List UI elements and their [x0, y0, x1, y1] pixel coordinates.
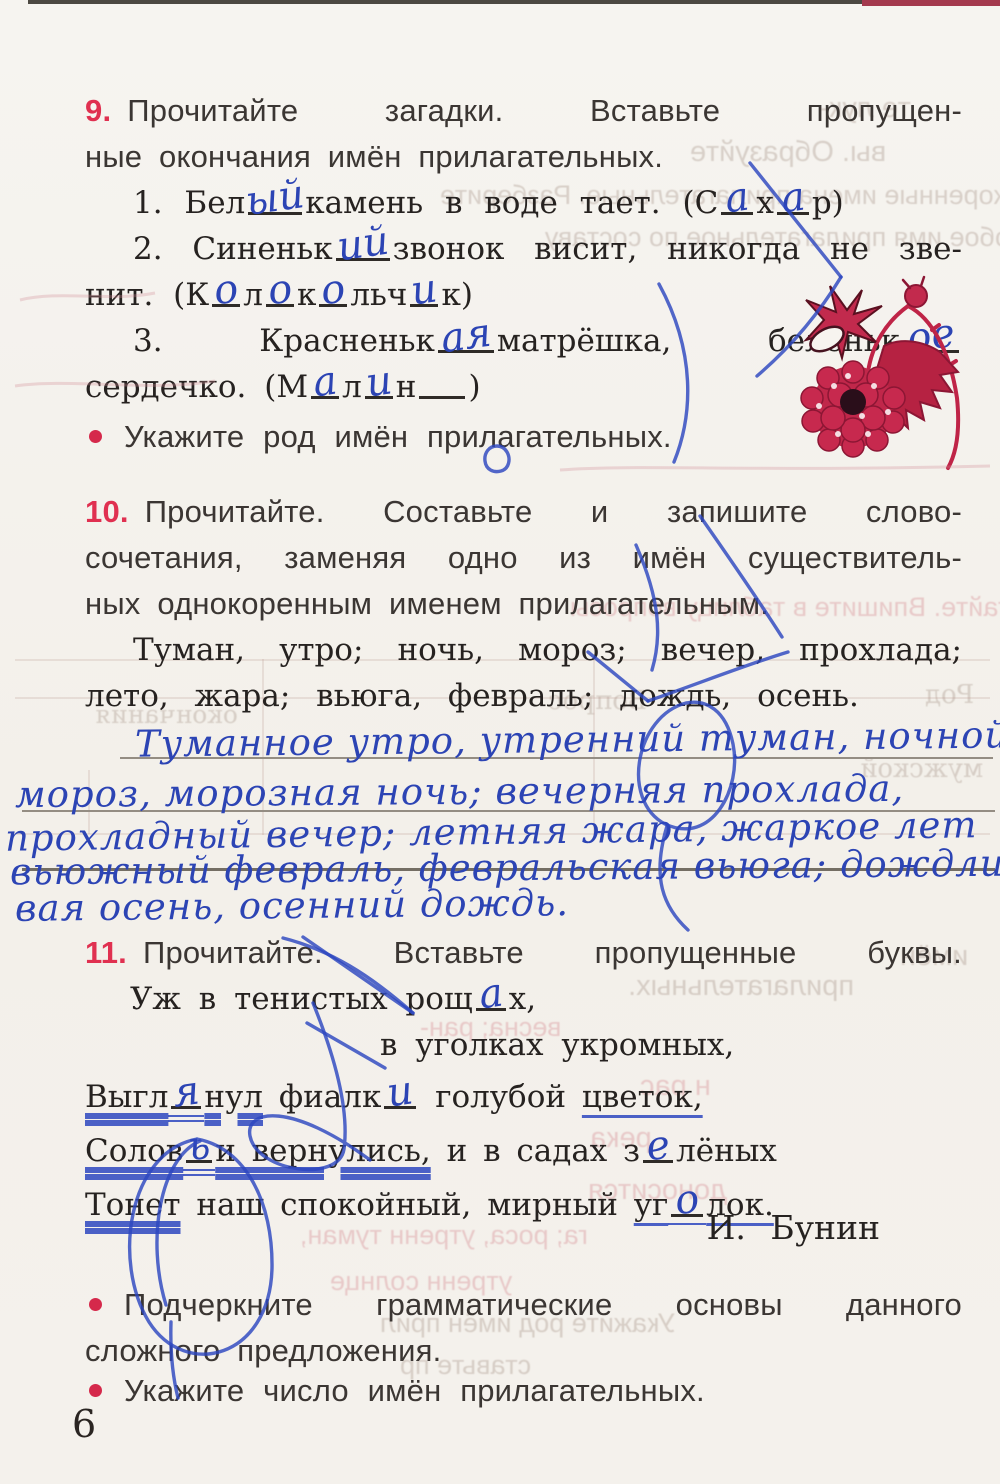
bullet-dot-icon	[89, 1384, 102, 1397]
exercise10-number: 10.	[85, 494, 145, 529]
handwritten-answer-letter: ий	[334, 221, 391, 268]
poem-author: И. Бунин	[85, 1208, 880, 1247]
exercise11-number: 11.	[85, 935, 143, 970]
exercise11-instruction: 11.Прочитайте. Вставьте пропущенные букв…	[85, 930, 962, 976]
handwriting-line1: Туманное утро, утренний туман, ночной	[135, 713, 1000, 765]
printed-text-token: )	[468, 369, 480, 405]
poem-line4: Соловьи вернулись, и в садах зелёных	[85, 1128, 962, 1174]
bullet-dot-icon	[89, 430, 102, 443]
riddle-2-line1: 2. Синенькийзвонок висит, никогда не зве…	[85, 226, 962, 272]
printed-text-token: х,	[509, 981, 536, 1017]
handwritten-answer-letter: о	[212, 269, 241, 312]
riddle-1: 1. Белыйкамень в воде тает. (Сахар)	[85, 180, 962, 226]
exercise10-instruction-line3: ных однокоренным именем прилагательным.	[85, 581, 962, 627]
printed-text-token: к	[297, 277, 316, 313]
exercise-11: 11.Прочитайте. Вставьте пропущенные букв…	[85, 930, 962, 1228]
poem-line1: Уж в тенистых рощах,	[85, 976, 962, 1022]
printed-text-token: к)	[441, 277, 472, 313]
workbook-page: те лук- вы. Образуйте однокоренные имена…	[0, 0, 1000, 1484]
blank-field: я	[171, 1076, 201, 1109]
printed-text-token: и в садах з	[431, 1133, 640, 1169]
printed-text-token: 3. Красненьк	[133, 323, 435, 359]
handwritten-answer-letter: и	[363, 360, 394, 403]
printed-text-token: льч	[350, 277, 407, 313]
handwritten-answer-letter: и	[409, 268, 440, 311]
blank-field: ий	[336, 228, 390, 261]
printed-text-token: нул	[204, 1079, 263, 1115]
handwritten-answer-letter: е	[644, 1125, 673, 1168]
printed-text-token: л	[342, 369, 362, 405]
blank-field: и	[410, 274, 438, 307]
printed-text-token: х	[756, 185, 773, 221]
handwritten-answer-letter: о	[265, 269, 294, 312]
exercise9-task-text: Укажите род имён прилагательных.	[124, 419, 672, 454]
exercise10-instruction-text: Прочитайте. Составьте и запишите слово-	[145, 494, 962, 529]
blank-field: е	[643, 1130, 673, 1163]
poem-line3: Выглянул фиалки голубой цветок,	[85, 1074, 962, 1120]
blank-field: о	[212, 274, 240, 307]
blank-field: о	[266, 274, 294, 307]
task-bullet1-text: Подчеркните грамматические основы данног…	[124, 1287, 962, 1322]
blank-field	[419, 366, 465, 399]
exercise9-instruction-line2: ные окончания имён прилагательных.	[85, 134, 962, 180]
printed-text-token: нит. (К	[85, 277, 209, 313]
task-bullet2: Укажите число имён прилагательных.	[85, 1368, 962, 1414]
exercise9-instruction-line1: 9.Прочитайте загадки. Вставьте пропущен-	[85, 88, 962, 134]
handwritten-answer-letter: ь	[186, 1125, 213, 1168]
poem-line2: в уголках укромных,	[85, 1022, 962, 1068]
page-top-edge	[28, 0, 1000, 4]
handwritten-answer-area: Туманное утро, утренний туман, ночной мо…	[0, 700, 1000, 935]
blank-field: а	[777, 182, 809, 215]
exercise-9: 9.Прочитайте загадки. Вставьте пропущен-…	[85, 88, 962, 460]
printed-text-token: в уголках укромных,	[380, 1027, 734, 1063]
printed-text-token: фиалк	[263, 1079, 381, 1115]
exercise10-instruction-line2: сочетания, заменяя одно из имён существи…	[85, 535, 962, 581]
printed-text-token: Выгл	[85, 1079, 168, 1115]
word-list-line1: Туман, утро; ночь, мороз; вечер, прохлад…	[85, 627, 962, 673]
blank-field: о	[319, 274, 347, 307]
printed-text-token: голубой	[419, 1079, 582, 1115]
riddle-3-line2: сердечко. (Малин)	[85, 364, 962, 410]
printed-text-token: л	[243, 277, 263, 313]
blank-field: ая	[438, 320, 494, 353]
exercise10-instruction-line1: 10.Прочитайте. Составьте и запишите слов…	[85, 489, 962, 535]
exercise11-tasks: Подчеркните грамматические основы данног…	[85, 1282, 962, 1414]
handwritten-answer-letter: а	[310, 361, 339, 404]
printed-text-token: камень в воде тает. (С	[305, 185, 718, 221]
blank-field: и	[365, 366, 393, 399]
blank-field: ое	[903, 320, 959, 353]
page-top-edge-red	[862, 0, 1000, 6]
printed-text-token: цветок,	[582, 1079, 703, 1115]
handwritten-answer-letter: а	[476, 973, 505, 1016]
handwritten-answer-letter: и	[385, 1070, 416, 1113]
exercise-10: 10.Прочитайте. Составьте и запишите слов…	[85, 489, 962, 719]
handwritten-answer-letter: а	[778, 177, 807, 220]
handwriting-line5: вая осень, осенний дождь.	[15, 881, 569, 930]
handwritten-answer-letter: я	[170, 1070, 202, 1113]
printed-text-token: матрёшка, беленьк	[497, 323, 900, 359]
bullet-dot-icon	[89, 1298, 102, 1311]
page-number: 6	[72, 1402, 96, 1446]
exercise9-instruction-text: Прочитайте загадки. Вставьте пропущен-	[127, 93, 962, 128]
exercise9-task-bullet: Укажите род имён прилагательных.	[85, 414, 962, 460]
task-bullet1-line1: Подчеркните грамматические основы данног…	[85, 1282, 962, 1328]
handwritten-answer-letter: ая	[438, 313, 493, 360]
printed-text-token: н	[396, 369, 417, 405]
printed-text-token: сердечко. (М	[85, 369, 308, 405]
blank-field: а	[476, 978, 506, 1011]
printed-text-token: 1. Бел	[133, 185, 245, 221]
riddle-2-line2: нит. (Колокольчик)	[85, 272, 962, 318]
exercise9-number: 9.	[85, 93, 127, 128]
printed-text-token: Солов	[85, 1133, 183, 1169]
handwritten-answer-letter: а	[723, 177, 752, 220]
blank-field: ь	[186, 1130, 212, 1163]
printed-text-token: лёных	[676, 1133, 777, 1169]
printed-text-token: звонок висит, никогда не зве-	[393, 231, 962, 267]
handwritten-answer-letter: ое	[905, 313, 958, 359]
printed-text-token: и вернулись,	[215, 1133, 431, 1169]
blank-field: а	[721, 182, 753, 215]
printed-text-token: р)	[812, 185, 844, 221]
printed-text-token: 2. Синеньк	[133, 231, 333, 267]
blank-field: и	[384, 1076, 416, 1109]
blank-field: ый	[248, 182, 302, 215]
riddle-3-line1: 3. Красненькаяматрёшка, беленькое	[85, 318, 962, 364]
handwritten-answer-letter: ый	[244, 174, 307, 222]
printed-text-token: Уж в тенистых рощ	[130, 981, 473, 1017]
blank-field: а	[311, 366, 339, 399]
handwritten-answer-letter: о	[319, 269, 348, 312]
task-bullet2-text: Укажите число имён прилагательных.	[124, 1373, 705, 1408]
exercise11-instruction-text: Прочитайте. Вставьте пропущенные буквы.	[143, 935, 962, 970]
